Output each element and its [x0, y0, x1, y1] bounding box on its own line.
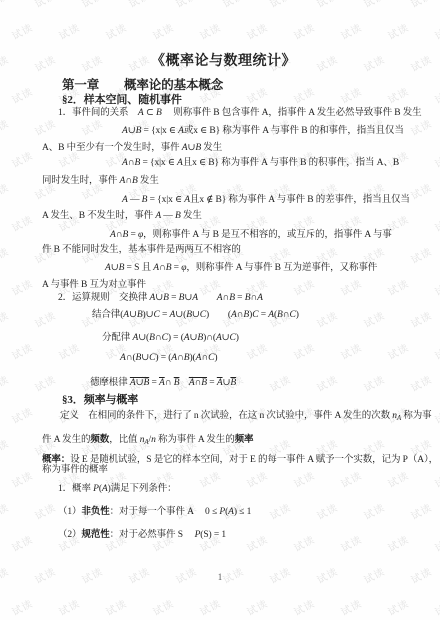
formula-difference: A — B = {x|x ∈ A且x ∉ B} 称为事件 A 与事件 B 的差事… — [122, 194, 405, 207]
text-run: A — [257, 293, 263, 303]
text-run: 2．运算规则 交换律 — [58, 293, 150, 303]
body-definition: 定义 在相同的条件下，进行了 n 次试验，在这 n 次试验中，事件 A 发生的次… — [42, 410, 405, 425]
text-run: )∪ — [143, 310, 154, 320]
text-run: ∩ — [159, 263, 166, 273]
text-run: 第一章 概率论的基本概念 — [62, 78, 223, 92]
text-run: B — [230, 378, 236, 388]
text-run: = — [258, 310, 268, 320]
text-run: A 发生、B 不发生时，事件 — [42, 211, 155, 221]
text-run: ∪ — [222, 333, 230, 343]
text-run — [198, 293, 217, 303]
body-union-wrap: A、B 中至少有一个发生时，事件 A∪B 发生 — [42, 142, 405, 155]
text-run: ) ( — [206, 310, 231, 320]
text-run: = — [128, 230, 138, 240]
text-run: （2） — [58, 530, 81, 540]
text-run: （1） — [58, 507, 81, 517]
text-run: A、B 中至少有一个发生时，事件 — [42, 143, 182, 153]
text-run: ∪ — [128, 126, 136, 136]
text-run: ) ≤ 1 — [234, 507, 251, 517]
text-run: 发生 — [138, 176, 159, 186]
text-run: 规范性 — [81, 530, 109, 540]
text-run: = {x|x ∈ — [147, 195, 184, 205]
text-run: ∩ — [155, 333, 162, 343]
text-run: — — [128, 195, 142, 205]
text-run: ⊂ — [144, 108, 156, 118]
text-run: ，比值 — [109, 435, 139, 445]
text-run: ∪ — [141, 353, 149, 363]
text-run: ∩ — [165, 378, 174, 388]
item-probability-conditions: 1．概率 P(A)满足下列条件： — [58, 483, 405, 496]
formula-intersection: A∩B = {x|x ∈ A且x ∈ B} 称为事件 A 与事件 B 的积事件，… — [122, 157, 405, 170]
text-run: = {x|x ∈ — [140, 158, 177, 168]
text-run: A 与事件 B 互为对立事件 — [42, 280, 146, 290]
text-run: 件 A 发生的 — [42, 435, 90, 445]
formula-associative: 结合律(A∪B)∪C = A∪(B∪C) (A∩B)C = A(B∩C) — [92, 309, 405, 322]
text-run: 发生 — [181, 211, 202, 221]
text-run: 发生 — [201, 143, 222, 153]
item-relation: 1．事件间的关系 A ⊂ B 则称事件 B 包含事件 A，指事件 A 发生必然导… — [58, 107, 405, 120]
chapter-heading: 第一章 概率论的基本概念 — [62, 78, 405, 93]
text-run: ∪ — [111, 263, 119, 273]
text-run: ) = ( — [168, 333, 184, 343]
formula-distributive-2: A∩(B∪C) = (A∩B)(A∩C) — [120, 352, 405, 365]
body-definition-wrap: 件 A 发生的频数，比值 nA/n 称为事件 A 发生的频率 — [42, 434, 405, 449]
text-run: 《概率论与数理统计》 — [151, 54, 296, 69]
text-run: 称为事件 A 发生的 — [156, 435, 235, 445]
text-run: — — [161, 211, 175, 221]
text-run: 且x ∉ B} 称为事件 A 与事件 B 的差事件，指当且仅当 — [190, 195, 410, 205]
item-rules-commutative: 2．运算规则 交换律 A∪B = B∪A A∩B = B∩A — [58, 292, 405, 305]
text-run: ) = ( — [155, 353, 171, 363]
text-run: 频数 — [90, 435, 109, 445]
text-run: 或x ∈ B} 称为事件 A 与事件 B 的和事件，指当且仅当 — [184, 126, 404, 136]
text-run: ：对于必然事件 S — [110, 530, 195, 540]
text-run: ) — [214, 353, 217, 363]
text-run: 1．概率 — [58, 484, 93, 494]
formula-union: A∪B = {x|x ∈ A或x ∈ B} 称为事件 A 与事件 B 的和事件，… — [122, 125, 405, 138]
text-run: 分配律 — [102, 333, 132, 343]
text-run: 结合律( — [92, 310, 123, 320]
body-probability-def-wrap: 称为事件的概率 — [42, 464, 405, 477]
text-run: = — [171, 263, 181, 273]
formula-mutually-exclusive: A∩B = φ，则称事件 A 与 B 是互不相容的，或互斥的，指事件 A 与事 — [110, 229, 405, 242]
section-heading-3: §3．频率与概率 — [62, 394, 405, 407]
text-run: 1．事件间的关系 — [58, 108, 138, 118]
formula-de-morgan: 德摩根律 A∪B = A∩ B A∩B = A∪B — [90, 377, 405, 390]
text-run: ∩( — [126, 353, 136, 363]
text-run — [179, 378, 188, 388]
body-complement-wrap: A 与事件 B 互为对立事件 — [42, 279, 405, 292]
formula-distributive-1: 分配律 A∪(B∩C) = (A∪B)∩(A∪C) — [102, 332, 405, 345]
text-run: 德摩根律 — [90, 378, 130, 388]
text-run: 非负性 — [81, 507, 109, 517]
body-difference-wrap: A 发生、B 不发生时，事件 A — B 发生 — [42, 210, 405, 223]
text-run: ，则称事件 A 与 B 是互不相容的，或互斥的，指事件 A 与事 — [143, 230, 392, 240]
text-run: 频率 — [235, 435, 254, 445]
text-run: ) — [296, 310, 299, 320]
formula-complement: A∪B = S 且 A∩B = φ，则称事件 A 与事件 B 互为逆事件，又称事… — [105, 262, 405, 275]
text-run: 同时发生时，事件 — [42, 176, 119, 186]
text-run: 则称事件 B 包含事件 A，指事件 A 发生必然导致事件 B 发生 — [162, 108, 422, 118]
text-run: ，则称事件 A 与事件 B 互为逆事件，又称事件 — [186, 263, 377, 273]
text-run: 称为事 — [401, 411, 431, 421]
text-run: ∪ — [129, 310, 137, 320]
text-run: = — [207, 378, 217, 388]
section-heading-2: §2．样本空间、随机事件 — [62, 94, 405, 107]
text-run: ) — [236, 333, 239, 343]
text-run: = — [169, 293, 179, 303]
text-run: ∩ — [283, 310, 290, 320]
text-run: )∩( — [203, 333, 216, 343]
text-run: 称为事件的概率 — [42, 465, 108, 475]
text-run: A∩B — [189, 378, 207, 388]
body-mutually-exclusive-wrap: 件 B 不能同时发生，基本事件是两两互不相容的 — [42, 244, 405, 257]
text-run: ∩ — [125, 176, 132, 186]
body-intersection-wrap: 同时发生时，事件 A∩B 发生 — [42, 175, 405, 188]
text-run: = — [149, 378, 159, 388]
item-non-negativity: （1）非负性：对于每一个事件 A 0 ≤ P(A) ≤ 1 — [58, 506, 405, 519]
text-run: ∪ — [192, 310, 200, 320]
document-content: 《概率论与数理统计》第一章 概率论的基本概念§2．样本空间、随机事件1．事件间的… — [0, 0, 440, 620]
text-run: )满足下列条件： — [108, 484, 177, 494]
text-run: (S) = 1 — [200, 530, 226, 540]
document-title: 《概率论与数理统计》 — [42, 53, 405, 71]
text-run: ：对于每一个事件 A 0 ≤ — [110, 507, 220, 517]
text-run: §3．频率与概率 — [62, 394, 138, 406]
text-run: 定义 在相同的条件下，进行了 n 次试验，在这 n 次试验中，事件 A 发生的次… — [60, 411, 392, 421]
page-number: 1 — [218, 572, 223, 582]
text-run: ∪ — [155, 293, 163, 303]
text-run: A∪B — [130, 378, 149, 388]
text-run: = S 且 — [124, 263, 153, 273]
text-run: 且x ∈ B} 称为事件 A 与事件 B 的积事件，指当 A、B — [183, 158, 399, 168]
text-run: ∪( — [138, 333, 149, 343]
text-run: 件 B 不能同时发生，基本事件是两两互不相容的 — [42, 245, 241, 255]
text-run: = — [235, 293, 245, 303]
text-run: ∩ — [177, 353, 184, 363]
text-run: ∪( — [175, 310, 186, 320]
item-normalization: （2）规范性：对于必然事件 S P(S) = 1 — [58, 529, 405, 542]
text-run: = {x|x ∈ — [141, 126, 178, 136]
text-run: = — [160, 310, 170, 320]
document-page: 试读试读试读试读试读试读试读试读试读试读试读试读试读试读试读试读试读试读试读试读… — [0, 0, 440, 620]
text-run: §2．样本空间、随机事件 — [62, 94, 182, 106]
